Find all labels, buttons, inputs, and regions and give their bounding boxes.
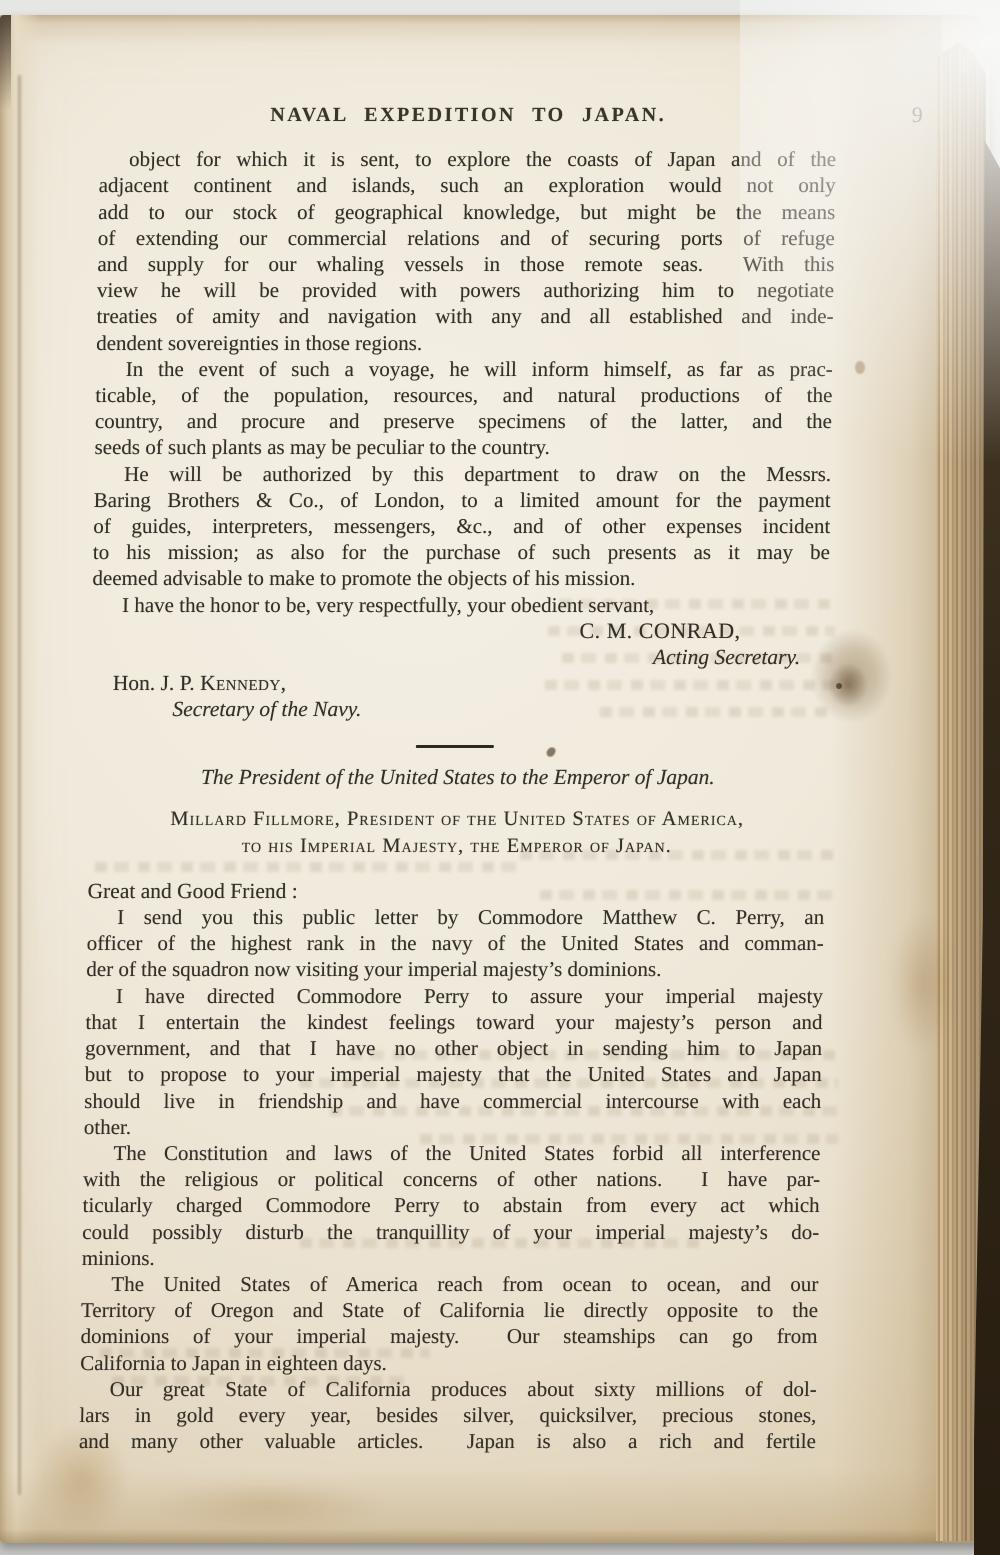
- text-line: that I entertain the kindest feelings to…: [85, 1009, 822, 1035]
- text-line: country, and procure and preserve specim…: [95, 408, 832, 434]
- text-line: with the religious or political concerns…: [83, 1166, 820, 1192]
- photo-background: NAVAL EXPEDITION TO JAPAN. 9 object for …: [0, 0, 1000, 1555]
- page-bottom-edge: [0, 1468, 990, 1543]
- text-line: California to Japan in eighteen days.: [80, 1350, 817, 1376]
- paragraph: I have directed Commodore Perry to assur…: [84, 983, 823, 1140]
- text-line: lars in gold every year, besides silver,…: [79, 1402, 816, 1428]
- text-line: but to propose to your imperial majesty …: [85, 1061, 822, 1087]
- text-line: object for which it is sent, to explore …: [99, 146, 836, 172]
- text-line: I send you this public letter by Commodo…: [87, 904, 824, 930]
- text-line: other.: [84, 1114, 821, 1140]
- letter-title: The President of the United States to th…: [89, 764, 826, 790]
- spine-edge: [0, 15, 11, 110]
- paragraph: object for which it is sent, to explore …: [96, 146, 836, 356]
- text-line: minions.: [82, 1245, 819, 1271]
- text-line: deemed advisable to make to promote the …: [92, 565, 829, 591]
- page-number: 9: [912, 102, 923, 128]
- running-head-row: NAVAL EXPEDITION TO JAPAN. 9: [100, 101, 837, 128]
- text-line: dominions of your imperial majesty. Our …: [80, 1323, 817, 1349]
- section-divider: [90, 745, 827, 748]
- text-line: should live in friendship and have comme…: [84, 1088, 821, 1114]
- text-line: and supply for our whaling vessels in th…: [97, 251, 834, 277]
- paragraph: He will be authorized by this department…: [92, 461, 831, 592]
- text-line: Territory of Oregon and State of Califor…: [81, 1297, 818, 1323]
- paragraph: Our great State of California produces a…: [79, 1376, 817, 1455]
- text-line: view he will be provided with powers aut…: [97, 277, 834, 303]
- text-line: and many other valuable articles. Japan …: [79, 1428, 816, 1454]
- valediction-line: I have the honor to be, very respectfull…: [92, 592, 829, 618]
- text-line: Baring Brothers & Co., of London, to a l…: [94, 487, 831, 513]
- book-page: NAVAL EXPEDITION TO JAPAN. 9 object for …: [0, 15, 990, 1543]
- text-line: der of the squadron now visiting your im…: [86, 956, 823, 982]
- letter-heading-line: to his Imperial Majesty, the Emperor of …: [88, 833, 825, 860]
- text-line: In the event of such a voyage, he will i…: [96, 356, 833, 382]
- text-line: officer of the highest rank in the navy …: [87, 930, 824, 956]
- addressee-role: Secretary of the Navy.: [90, 696, 827, 722]
- text-line: ticularly charged Commodore Perry to abs…: [82, 1192, 819, 1218]
- signature-role: Acting Secretary.: [91, 644, 828, 670]
- addressee-name: Hon. J. P. Kennedy,: [91, 670, 828, 696]
- page-content: NAVAL EXPEDITION TO JAPAN. 9 object for …: [79, 101, 837, 1454]
- letter-heading-line: Millard Fillmore, President of the Unite…: [89, 806, 826, 833]
- text-line: of guides, interpreters, messengers, &c.…: [93, 513, 830, 539]
- addressee-prefix: Hon. J. P.: [113, 671, 201, 695]
- text-line: I have directed Commodore Perry to assur…: [86, 983, 823, 1009]
- text-line: add to our stock of geographical knowled…: [98, 199, 835, 225]
- text-line: The Constitution and laws of the United …: [83, 1140, 820, 1166]
- text-line: treaties of amity and navigation with an…: [96, 303, 833, 329]
- running-head: NAVAL EXPEDITION TO JAPAN.: [270, 104, 666, 126]
- page-curl-shading: [830, 15, 942, 1543]
- text-line: could possibly disturb the tranquillity …: [82, 1219, 819, 1245]
- text-line: adjacent continent and islands, such an …: [98, 172, 835, 198]
- text-flow: object for which it is sent, to explore …: [79, 146, 837, 1454]
- gutter-crease: [18, 75, 21, 1495]
- addressee-surname: Kennedy,: [200, 671, 287, 695]
- letter-heading: Millard Fillmore, President of the Unite…: [88, 806, 826, 860]
- text-line: He will be authorized by this department…: [94, 461, 831, 487]
- salutation: Great and Good Friend :: [87, 878, 824, 904]
- paragraph: In the event of such a voyage, he will i…: [94, 356, 833, 461]
- text-line: Our great State of California produces a…: [80, 1376, 817, 1402]
- text-line: government, and that I have no other obj…: [85, 1035, 822, 1061]
- paragraph: The Constitution and laws of the United …: [82, 1140, 821, 1271]
- text-line: ticable, of the population, resources, a…: [95, 382, 832, 408]
- text-line: seeds of such plants as may be peculiar …: [94, 434, 831, 460]
- text-line: to his mission; as also for the purchase…: [93, 539, 830, 565]
- signature-name: C. M. CONRAD,: [91, 618, 828, 644]
- text-line: dendent sovereignties in those regions.: [96, 330, 833, 356]
- paragraph: The United States of America reach from …: [80, 1271, 819, 1376]
- divider-rule-line: [416, 745, 494, 748]
- text-line: The United States of America reach from …: [81, 1271, 818, 1297]
- paragraph: I send you this public letter by Commodo…: [86, 904, 824, 983]
- text-line: of extending our commercial relations an…: [98, 225, 835, 251]
